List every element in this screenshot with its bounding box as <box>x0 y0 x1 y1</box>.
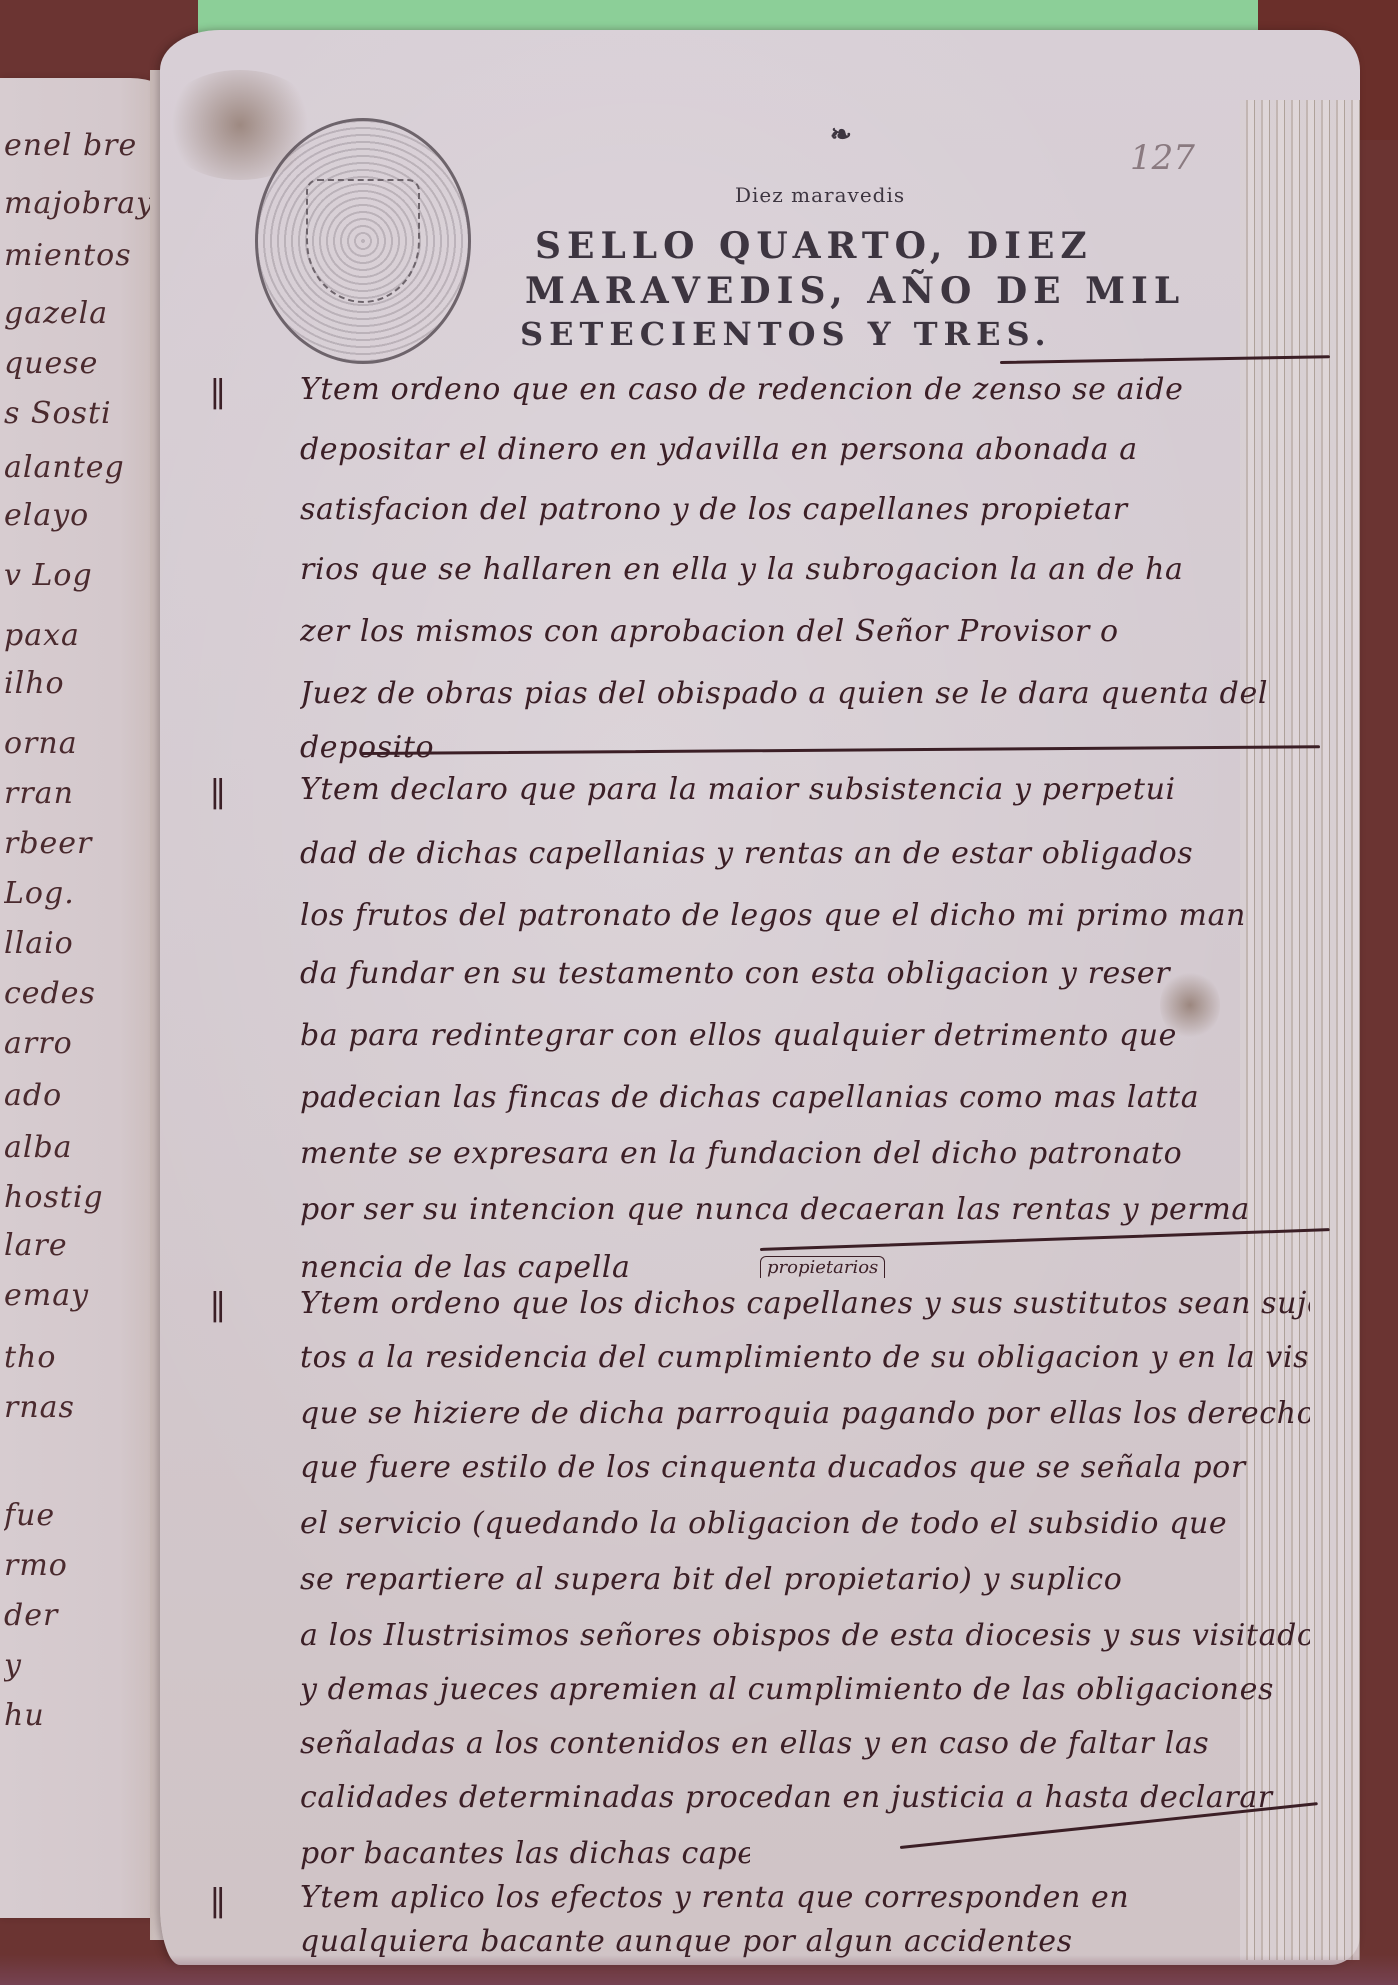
manuscript-line: y demas jueces apremien al cumplimiento … <box>300 1672 1310 1707</box>
manuscript-line: el servicio (quedando la obligacion de t… <box>300 1506 1310 1541</box>
left-fragment-line: enel bre <box>4 128 162 163</box>
manuscript-line: Ytem declaro que para la maior subsisten… <box>300 772 1310 807</box>
manuscript-line: se repartiere al supera bit del propieta… <box>300 1562 1310 1597</box>
manuscript-line: zer los mismos con aprobacion del Señor … <box>300 614 1310 649</box>
printed-denomination: Diez maravedis <box>735 183 905 207</box>
left-fragment-line: rnas <box>4 1390 162 1425</box>
left-fragment-line: hostig <box>4 1180 162 1215</box>
manuscript-line: Ytem ordeno que en caso de redencion de … <box>300 372 1310 407</box>
left-fragment-line: majobray <box>4 186 162 221</box>
coat-of-arms-icon <box>306 179 420 303</box>
left-fragment-line: alanteg <box>4 450 162 485</box>
manuscript-line: qualquiera bacante aunque por algun acci… <box>300 1924 1310 1959</box>
manuscript-line: que se hiziere de dicha parroquia pagand… <box>300 1396 1310 1431</box>
margin-mark: ∥ <box>210 375 280 415</box>
printed-header-line-1: SELLO QUARTO, DIEZ <box>535 225 1093 267</box>
manuscript-line: los frutos del patronato de legos que el… <box>300 898 1310 933</box>
left-fragment-line: ado <box>4 1078 162 1113</box>
left-fragment-line: llaio <box>4 926 162 961</box>
left-fragment-line: emay <box>4 1278 162 1313</box>
left-fragment-line: quese <box>4 346 162 381</box>
left-fragment-line: gazela <box>4 296 162 331</box>
manuscript-line: mente se expresara en la fundacion del d… <box>300 1136 1310 1171</box>
left-fragment-line: cedes <box>4 976 162 1011</box>
printed-header-line-3: SETECIENTOS Y TRES. <box>520 315 1052 353</box>
manuscript-line: Ytem ordeno que los dichos capellanes y … <box>300 1286 1310 1321</box>
left-fragment-line: mientos <box>4 238 162 273</box>
left-fragment-line: ilho <box>4 666 162 701</box>
manuscript-line: nencia de las capellanias <box>300 1250 630 1285</box>
manuscript-line: señaladas a los contenidos en ellas y en… <box>300 1726 1310 1761</box>
manuscript-line: satisfacion del patrono y de los capella… <box>300 492 1310 527</box>
interlinear-insertion: propietarios <box>760 1256 885 1278</box>
bottom-shadow <box>0 1955 1398 1985</box>
left-fragment-line: Log. <box>4 876 162 911</box>
left-fragment-line: der <box>4 1598 162 1633</box>
manuscript-line: por bacantes las dichas capellanias <box>300 1836 750 1871</box>
manuscript-line: a los Ilustrisimos señores obispos de es… <box>300 1618 1310 1653</box>
left-fragment-line: s Sosti <box>4 396 162 431</box>
margin-mark: ∥ <box>210 1884 280 1924</box>
manuscript-line: padecian las fincas de dichas capellania… <box>300 1080 1310 1115</box>
manuscript-line: Ytem aplico los efectos y renta que corr… <box>300 1880 1310 1915</box>
manuscript-line: dad de dichas capellanias y rentas an de… <box>300 836 1310 871</box>
manuscript-line: Juez de obras pias del obispado a quien … <box>300 676 1310 711</box>
margin-mark: ∥ <box>210 775 280 815</box>
manuscript-line: ba para redintegrar con ellos qualquier … <box>300 1018 1310 1053</box>
printed-header-line-2: MARAVEDIS, AÑO DE MIL <box>525 270 1185 312</box>
left-fragment-line: rran <box>4 776 162 811</box>
seal-stamp-icon <box>255 118 471 364</box>
manuscript-line: por ser su intencion que nunca decaeran … <box>300 1192 1310 1227</box>
left-fragment-line: lare <box>4 1228 162 1263</box>
left-fragment-line: orna <box>4 726 162 761</box>
left-fragment-line: arro <box>4 1026 162 1061</box>
left-fragment-line: fue <box>4 1498 162 1533</box>
folio-number: 127 <box>1130 138 1195 178</box>
left-fragment-line: hu <box>4 1698 162 1733</box>
left-fragment-line: v Log <box>4 558 162 593</box>
manuscript-line: que fuere estilo de los cinquenta ducado… <box>300 1450 1310 1485</box>
decorative-mark: ❧ <box>830 120 858 150</box>
left-fragment-line: y <box>4 1648 162 1683</box>
manuscript-line: deposito <box>300 730 440 765</box>
manuscript-line: tos a la residencia del cumplimiento de … <box>300 1340 1310 1375</box>
left-fragment-line: rbeer <box>4 826 162 861</box>
left-fragment-line: tho <box>4 1340 162 1375</box>
left-fragment-line: paxa <box>4 618 162 653</box>
manuscript-line: depositar el dinero en ydavilla en perso… <box>300 432 1310 467</box>
manuscript-line: rios que se hallaren en ella y la subrog… <box>300 552 1310 587</box>
manuscript-line: da fundar en su testamento con esta obli… <box>300 956 1310 991</box>
manuscript-line: calidades determinadas procedan en justi… <box>300 1780 1310 1815</box>
left-page-fragment: enel bre majobray mientos gazela quese s… <box>0 78 170 1918</box>
left-fragment-line: alba <box>4 1130 162 1165</box>
margin-mark: ∥ <box>210 1288 280 1328</box>
left-fragment-line: rmo <box>4 1548 162 1583</box>
left-fragment-line: elayo <box>4 498 162 533</box>
